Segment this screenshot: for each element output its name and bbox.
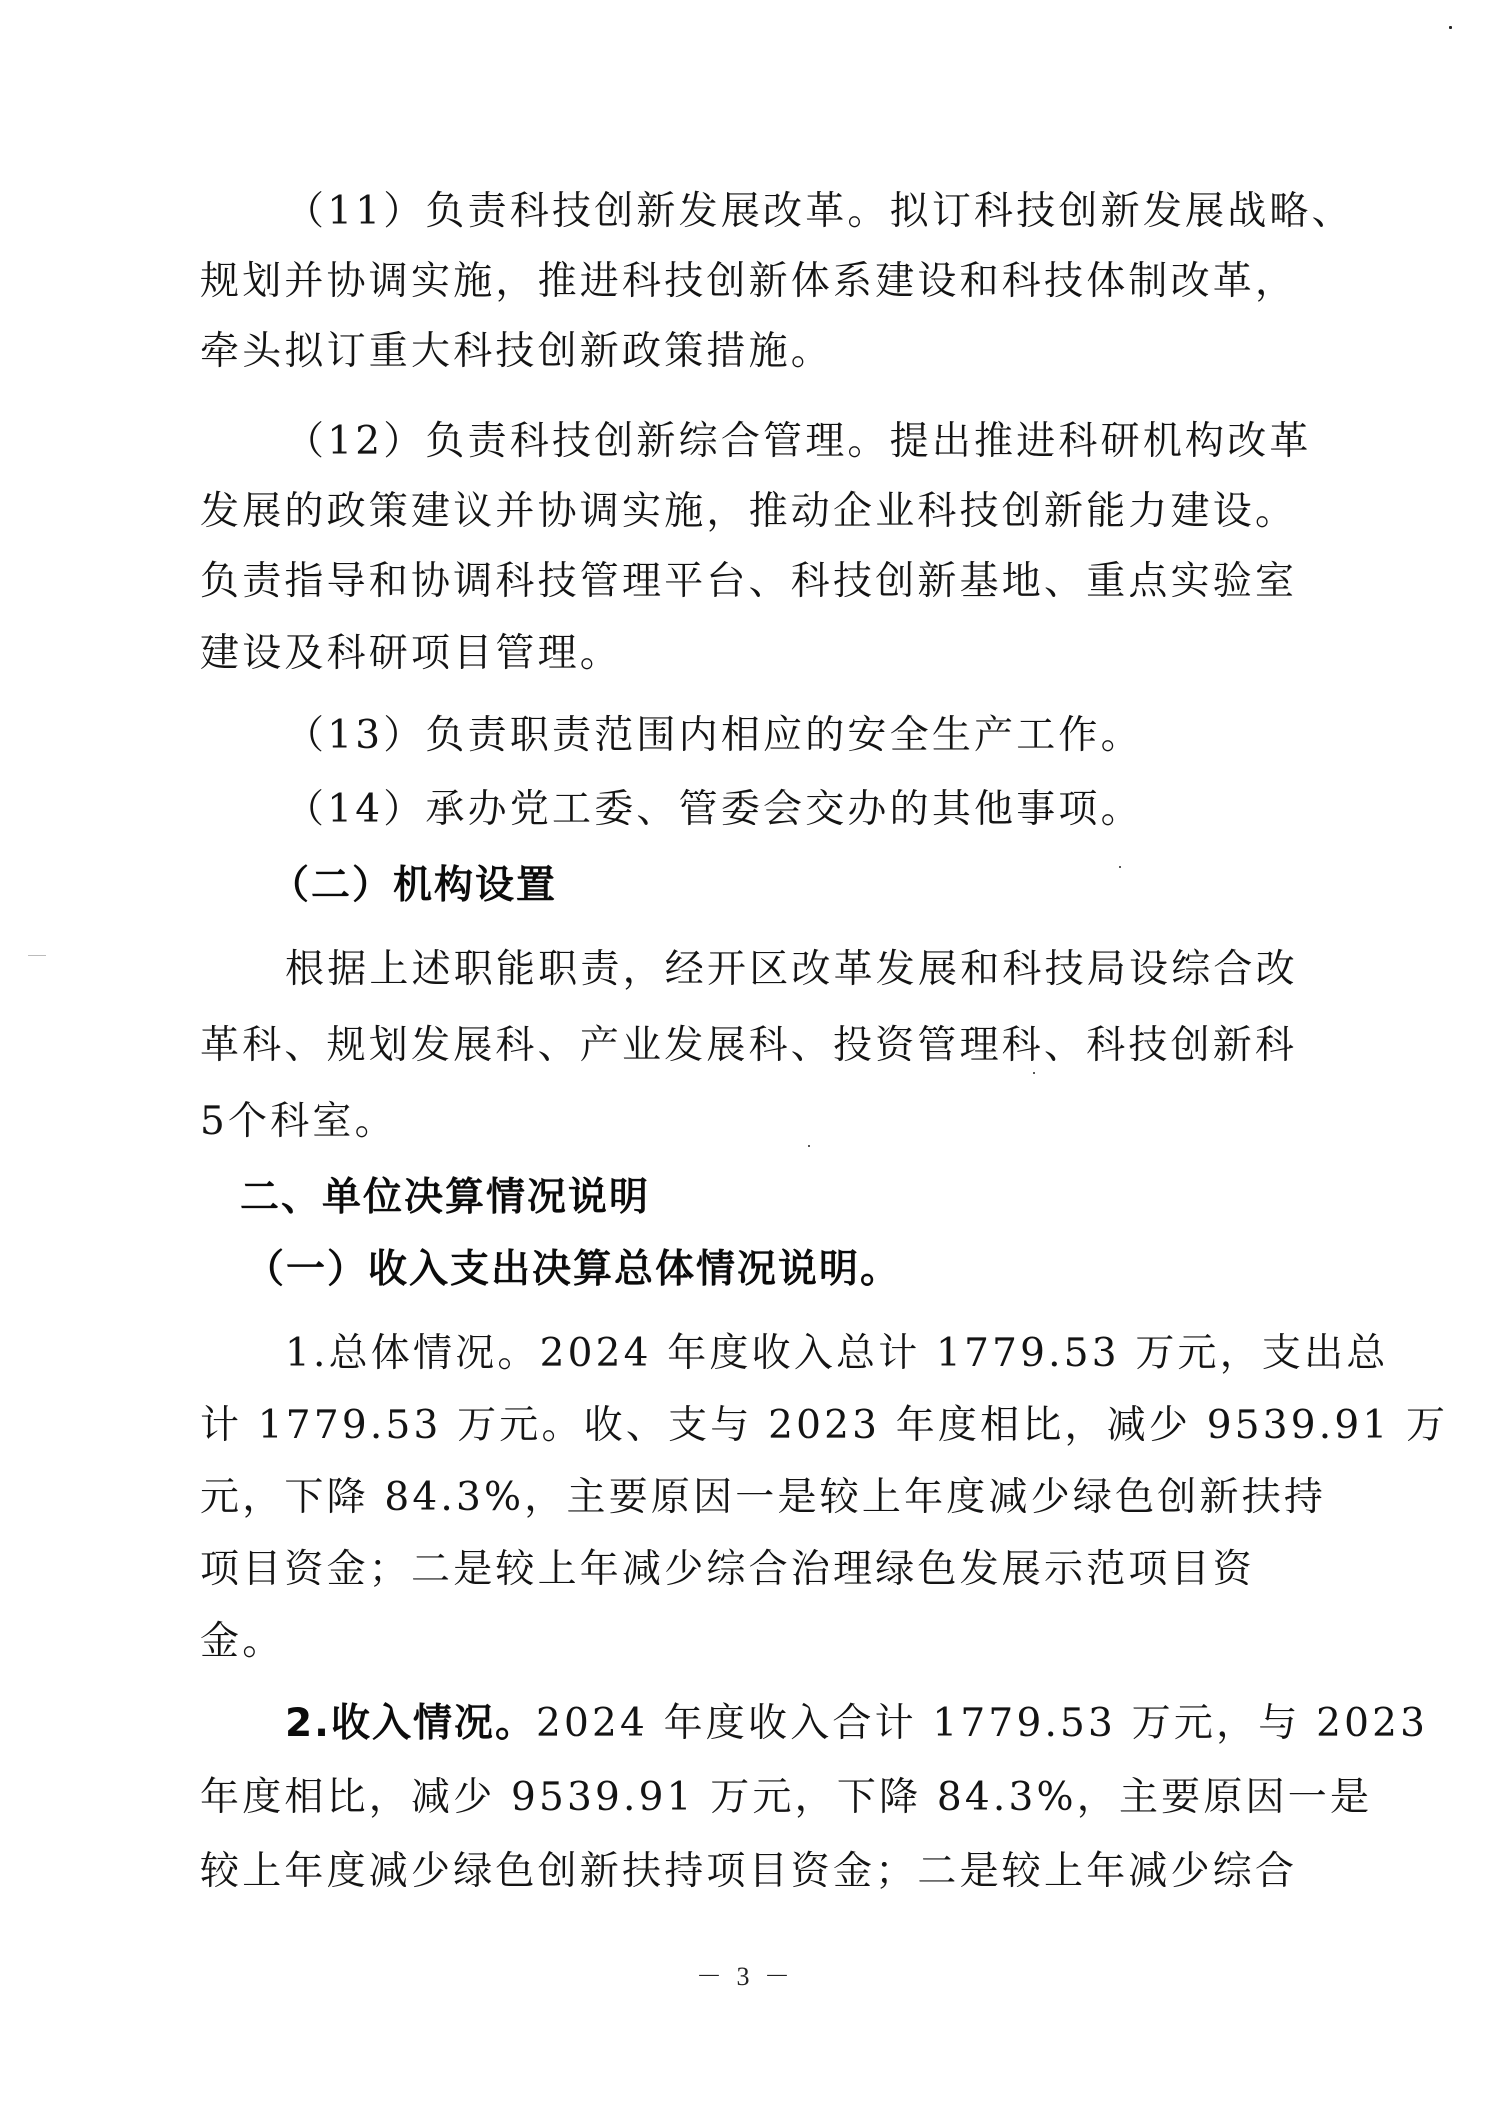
document-page: （11）负责科技创新发展改革。拟订科技创新发展战略、 规划并协调实施，推进科技创… — [0, 0, 1490, 2104]
item-12-line-3: 负责指导和协调科技管理平台、科技创新基地、重点实验室 — [200, 558, 1297, 606]
item-14-line-1: （14）承办党工委、管委会交办的其他事项。 — [285, 786, 1143, 834]
item-11-line-3: 牵头拟订重大科技创新政策措施。 — [200, 328, 833, 376]
section-two-subheading: （一）收入支出决算总体情况说明。 — [245, 1246, 901, 1294]
item-11-line-1: （11）负责科技创新发展改革。拟订科技创新发展战略、 — [285, 188, 1354, 236]
item-12-line-4: 建设及科研项目管理。 — [200, 630, 622, 678]
scan-speck — [1033, 1072, 1035, 1074]
item-13-line-1: （13）负责职责范围内相应的安全生产工作。 — [285, 712, 1143, 760]
item-11-line-2: 规划并协调实施，推进科技创新体系建设和科技体制改革， — [200, 258, 1297, 306]
overall-line-3: 元，下降 84.3%，主要原因一是较上年度减少绿色创新扶持 — [200, 1474, 1326, 1522]
income-line-1: 2.收入情况。2024 年度收入合计 1779.53 万元，与 2023 — [285, 1700, 1428, 1748]
overall-line-5: 金。 — [200, 1618, 284, 1666]
income-lead: 2.收入情况。 — [285, 1701, 536, 1746]
page-number: － 3 － — [0, 1962, 1490, 1992]
overall-line-4: 项目资金；二是较上年减少综合治理绿色发展示范项目资 — [200, 1546, 1255, 1594]
scan-speck — [1119, 866, 1121, 868]
overall-line-1: 1.总体情况。2024 年度收入总计 1779.53 万元，支出总 — [285, 1330, 1389, 1378]
overall-line-2: 计 1779.53 万元。收、支与 2023 年度相比，减少 9539.91 万 — [200, 1402, 1448, 1450]
scan-speck — [1449, 26, 1452, 29]
income-line-3: 较上年度减少绿色创新扶持项目资金；二是较上年减少综合 — [200, 1848, 1297, 1896]
section-org-heading: （二）机构设置 — [270, 862, 557, 910]
item-12-line-1: （12）负责科技创新综合管理。提出推进科研机构改革 — [285, 418, 1312, 466]
section-org-line-2: 革科、规划发展科、产业发展科、投资管理科、科技创新科 — [200, 1022, 1297, 1070]
scan-speck — [808, 1145, 810, 1147]
income-line-2: 年度相比，减少 9539.91 万元，下降 84.3%，主要原因一是 — [200, 1774, 1372, 1822]
income-line-1-text: 2024 年度收入合计 1779.53 万元，与 2023 — [536, 1701, 1428, 1746]
section-two-heading: 二、单位决算情况说明 — [240, 1174, 650, 1222]
section-org-line-1: 根据上述职能职责，经开区改革发展和科技局设综合改 — [285, 946, 1298, 994]
section-org-line-3: 5个科室。 — [200, 1098, 397, 1146]
scan-mark — [28, 955, 46, 956]
item-12-line-2: 发展的政策建议并协调实施，推动企业科技创新能力建设。 — [200, 488, 1297, 536]
